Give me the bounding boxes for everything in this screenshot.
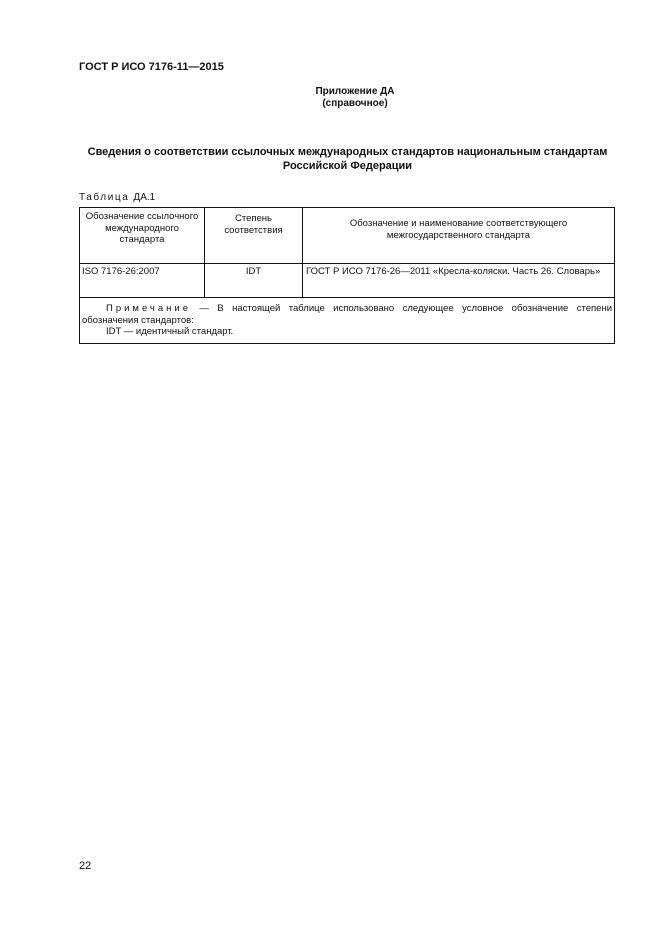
appendix-title: Приложение ДА	[260, 86, 450, 98]
table-caption: ТаблицаДА.1	[79, 192, 155, 203]
cell-national: ГОСТ Р ИСО 7176-26—2011 «Кресла-коляски.…	[303, 264, 615, 298]
table-row: ISO 7176-26:2007 IDT ГОСТ Р ИСО 7176-26—…	[80, 264, 615, 298]
table-header-row: Обозначение ссылочного международного ст…	[80, 208, 615, 264]
cell-degree: IDT	[205, 264, 303, 298]
note-text: Примечание — В настоящей таблице использ…	[82, 303, 612, 326]
column-header-degree: Степень соответствия	[205, 208, 303, 264]
appendix-subtitle: (справочное)	[260, 98, 450, 110]
column-header-ref: Обозначение ссылочного международного ст…	[80, 208, 205, 264]
cell-ref: ISO 7176-26:2007	[80, 264, 205, 298]
document-header: ГОСТ Р ИСО 7176-11—2015	[79, 61, 224, 73]
appendix-heading: Приложение ДА (справочное)	[260, 86, 450, 110]
note-label: Примечание	[106, 303, 191, 314]
table-note-row: Примечание — В настоящей таблице использ…	[80, 298, 615, 344]
page-number: 22	[79, 860, 91, 872]
note-legend: IDT — идентичный стандарт.	[82, 326, 612, 338]
section-title: Сведения о соответствии ссылочных междун…	[75, 146, 620, 173]
correspondence-table: Обозначение ссылочного международного ст…	[79, 207, 615, 344]
column-header-national: Обозначение и наименование соответствующ…	[303, 208, 615, 264]
table-caption-word: Таблица	[79, 192, 129, 203]
table-note: Примечание — В настоящей таблице использ…	[80, 298, 615, 344]
table-caption-number: ДА.1	[133, 192, 155, 203]
